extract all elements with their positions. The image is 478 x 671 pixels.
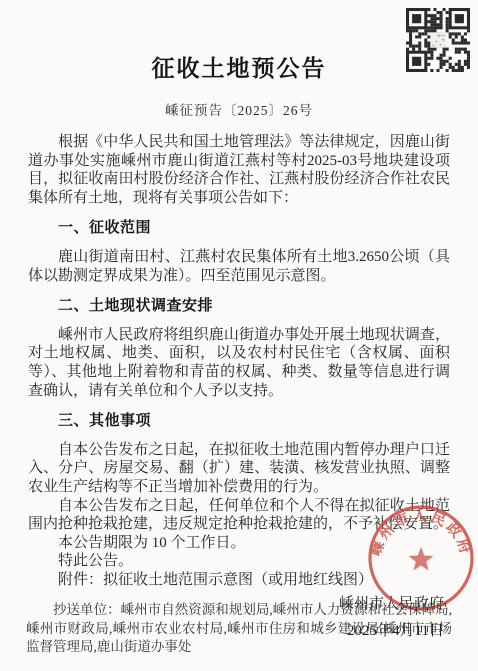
section-2-heading: 二、土地现状调查安排 bbox=[28, 297, 450, 316]
section-3-paragraph-4: 特此公告。 bbox=[28, 552, 450, 571]
document-number: 嵊征预告〔2025〕26号 bbox=[0, 99, 478, 119]
section-3-paragraph-3: 本公告期限为 10 个工作日。 bbox=[28, 534, 450, 553]
section-2-paragraph: 嵊州市人民政府将组织鹿山街道办事处开展土地现状调查，对土地权属、地类、面积，以及… bbox=[28, 326, 450, 400]
qr-code-icon bbox=[406, 8, 470, 72]
section-3-paragraph-2: 自本公告发布之日起，任何单位和个人不得在拟征收土地范围内抢种抢栽抢建，违反规定抢… bbox=[28, 497, 450, 534]
section-1-paragraph: 鹿山街道南田村、江燕村农民集体所有土地3.2650公顷（具体以勘测定界成果为准）… bbox=[28, 248, 450, 285]
section-1-heading: 一、征收范围 bbox=[28, 219, 450, 238]
section-3-heading: 三、其他事项 bbox=[28, 412, 450, 431]
document-body: 根据《中华人民共和国土地管理法》等法律规定，因鹿山街道办事处实施嵊州市鹿山街道江… bbox=[0, 133, 478, 589]
intro-paragraph: 根据《中华人民共和国土地管理法》等法律规定，因鹿山街道办事处实施嵊州市鹿山街道江… bbox=[28, 133, 450, 207]
section-3-paragraph-1: 自本公告发布之日起，在拟征收土地范围内暂停办理户口迁入、分户、房屋交易、翻（扩）… bbox=[28, 441, 450, 497]
section-3-paragraph-5: 附件：拟征收土地范围示意图（或用地红线图） bbox=[28, 571, 450, 590]
cc-footer: 抄送单位：嵊州市自然资源和规划局,嵊州市人力资源和社会保障局,嵊州市财政局,嵊州… bbox=[0, 601, 478, 657]
announcement-document: 征收土地预公告 嵊征预告〔2025〕26号 根据《中华人民共和国土地管理法》等法… bbox=[0, 0, 478, 671]
cc-list: 抄送单位：嵊州市自然资源和规划局,嵊州市人力资源和社会保障局,嵊州市财政局,嵊州… bbox=[26, 601, 452, 657]
